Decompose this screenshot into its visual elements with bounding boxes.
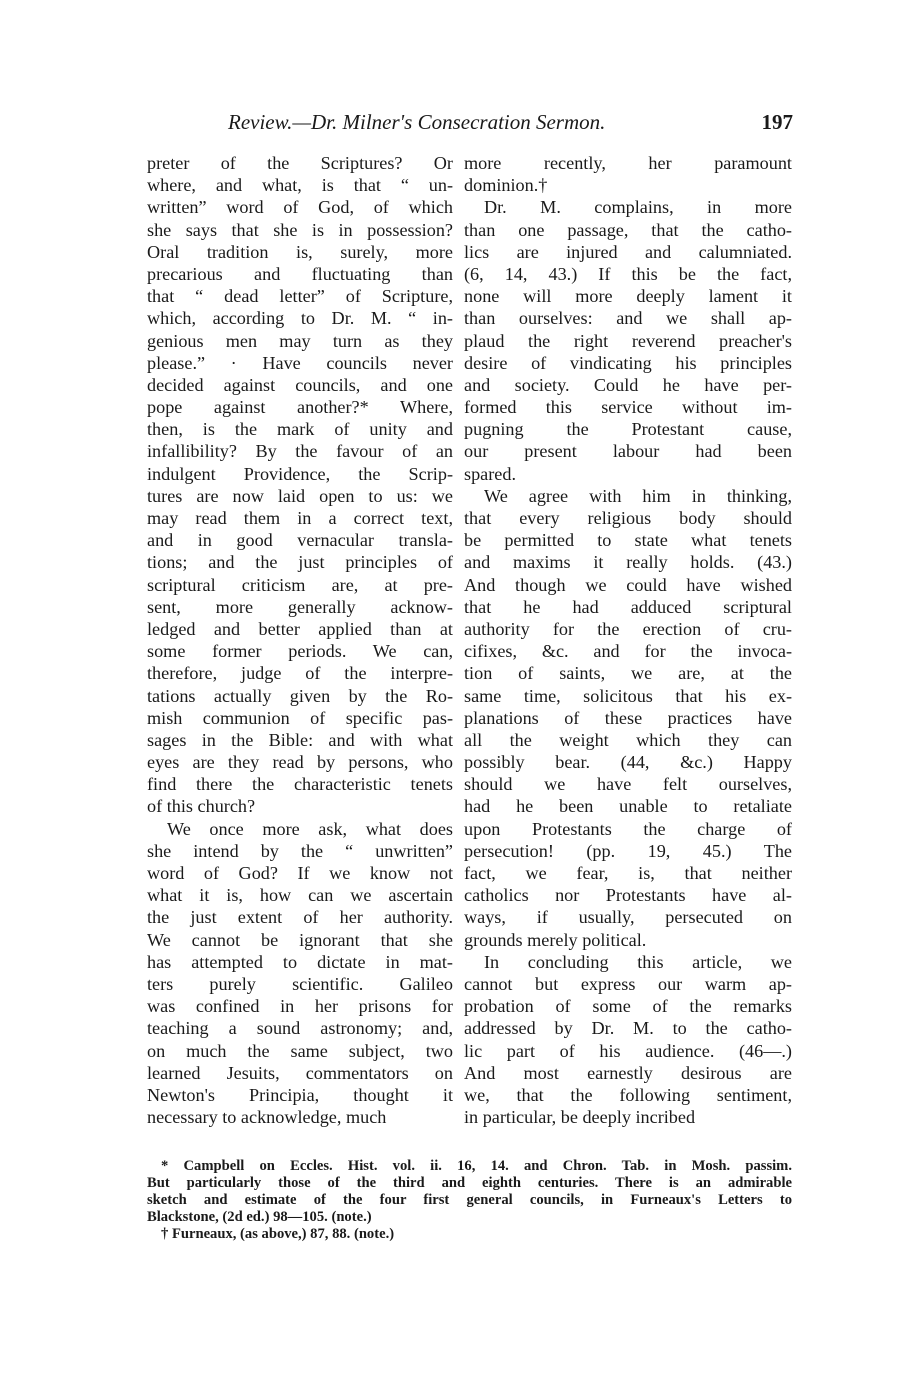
text-line: the just extent of her authority.	[147, 906, 453, 928]
text-line: what it is, how can we ascertain	[147, 884, 453, 906]
text-line: some former periods. We can,	[147, 640, 453, 662]
text-line: that every religious body should	[464, 507, 792, 529]
footnote-line: * Campbell on Eccles. Hist. vol. ii. 16,…	[147, 1158, 792, 1175]
footnote-line: Blackstone, (2d ed.) 98—105. (note.)	[147, 1209, 792, 1226]
text-line: eyes are they read by persons, who	[147, 751, 453, 773]
text-line: then, is the mark of unity and	[147, 418, 453, 440]
text-line: grounds merely political.	[464, 929, 792, 951]
text-line: tations actually given by the Ro-	[147, 685, 453, 707]
text-line: tions; and the just principles of	[147, 551, 453, 573]
right-column: more recently, her paramountdominion.†Dr…	[464, 152, 792, 1128]
text-line: possibly bear. (44, &c.) Happy	[464, 751, 792, 773]
text-line: please.” · Have councils never	[147, 352, 453, 374]
footnotes: * Campbell on Eccles. Hist. vol. ii. 16,…	[147, 1158, 792, 1243]
text-line: precarious and fluctuating than	[147, 263, 453, 285]
text-line: teaching a sound astronomy; and,	[147, 1017, 453, 1039]
text-line: we, that the following sentiment,	[464, 1084, 792, 1106]
text-line: genious men may turn as they	[147, 330, 453, 352]
text-line: and maxims it really holds. (43.)	[464, 551, 792, 573]
text-line: word of God? If we know not	[147, 862, 453, 884]
text-line: indulgent Providence, the Scrip-	[147, 463, 453, 485]
text-line: necessary to acknowledge, much	[147, 1106, 453, 1128]
text-line: upon Protestants the charge of	[464, 818, 792, 840]
text-line: desire of vindicating his principles	[464, 352, 792, 374]
running-header: Review.—Dr. Milner's Consecration Sermon…	[228, 110, 793, 140]
text-line: fact, we fear, is, that neither	[464, 862, 792, 884]
text-line: more recently, her paramount	[464, 152, 792, 174]
text-line: scriptural criticism are, at pre-	[147, 574, 453, 596]
text-line: addressed by Dr. M. to the catho-	[464, 1017, 792, 1039]
text-line: pugning the Protestant cause,	[464, 418, 792, 440]
text-line: In concluding this article, we	[464, 951, 792, 973]
text-line: Oral tradition is, surely, more	[147, 241, 453, 263]
text-line: than ourselves: and we shall ap-	[464, 307, 792, 329]
text-line: infallibility? By the favour of an	[147, 440, 453, 462]
text-line: mish communion of specific pas-	[147, 707, 453, 729]
text-line: and in good vernacular transla-	[147, 529, 453, 551]
left-column: preter of the Scriptures? Orwhere, and w…	[147, 152, 453, 1128]
text-line: spared.	[464, 463, 792, 485]
text-line: probation of some of the remarks	[464, 995, 792, 1017]
text-line: on much the same subject, two	[147, 1040, 453, 1062]
text-line: tion of saints, we are, at the	[464, 662, 792, 684]
text-line: dominion.†	[464, 174, 792, 196]
running-title: Review.—Dr. Milner's Consecration Sermon…	[228, 110, 605, 135]
text-line: plaud the right reverend preacher's	[464, 330, 792, 352]
text-line: We agree with him in thinking,	[464, 485, 792, 507]
text-line: ledged and better applied than at	[147, 618, 453, 640]
text-line: our present labour had been	[464, 440, 792, 462]
text-line: had he been unable to retaliate	[464, 795, 792, 817]
text-line: decided against councils, and one	[147, 374, 453, 396]
footnote-line: sketch and estimate of the four first ge…	[147, 1192, 792, 1209]
text-line: tures are now laid open to us: we	[147, 485, 453, 507]
text-line: which, according to Dr. M. “ in-	[147, 307, 453, 329]
text-line: And most earnestly desirous are	[464, 1062, 792, 1084]
text-line: sent, more generally acknow-	[147, 596, 453, 618]
text-line: persecution! (pp. 19, 45.) The	[464, 840, 792, 862]
text-line: written” word of God, of which	[147, 196, 453, 218]
text-line: all the weight which they can	[464, 729, 792, 751]
text-line: was confined in her prisons for	[147, 995, 453, 1017]
text-line: may read them in a correct text,	[147, 507, 453, 529]
text-line: Dr. M. complains, in more	[464, 196, 792, 218]
text-line: and society. Could he have per-	[464, 374, 792, 396]
text-line: none will more deeply lament it	[464, 285, 792, 307]
footnote-line: † Furneaux, (as above,) 87, 88. (note.)	[147, 1226, 792, 1243]
text-line: be permitted to state what tenets	[464, 529, 792, 551]
text-line: planations of these practices have	[464, 707, 792, 729]
text-line: (6, 14, 43.) If this be the fact,	[464, 263, 792, 285]
text-line: pope against another?* Where,	[147, 396, 453, 418]
text-line: she says that she is in possession?	[147, 219, 453, 241]
text-line: cifixes, &c. and for the invoca-	[464, 640, 792, 662]
text-line: learned Jesuits, commentators on	[147, 1062, 453, 1084]
text-line: cannot but express our warm ap-	[464, 973, 792, 995]
text-line: Newton's Principia, thought it	[147, 1084, 453, 1106]
text-line: sages in the Bible: and with what	[147, 729, 453, 751]
text-line: where, and what, is that “ un-	[147, 174, 453, 196]
text-line: than one passage, that the catho-	[464, 219, 792, 241]
footnote-line: But particularly those of the third and …	[147, 1175, 792, 1192]
text-line: therefore, judge of the interpre-	[147, 662, 453, 684]
text-line: of this church?	[147, 795, 453, 817]
page-number: 197	[762, 110, 794, 135]
text-line: ters purely scientific. Galileo	[147, 973, 453, 995]
text-line: catholics nor Protestants have al-	[464, 884, 792, 906]
text-line: preter of the Scriptures? Or	[147, 152, 453, 174]
text-line: lic part of his audience. (46—.)	[464, 1040, 792, 1062]
text-line: should we have felt ourselves,	[464, 773, 792, 795]
text-line: that “ dead letter” of Scripture,	[147, 285, 453, 307]
text-line: has attempted to dictate in mat-	[147, 951, 453, 973]
text-line: And though we could have wished	[464, 574, 792, 596]
text-line: authority for the erection of cru-	[464, 618, 792, 640]
text-line: that he had adduced scriptural	[464, 596, 792, 618]
text-line: she intend by the “ unwritten”	[147, 840, 453, 862]
text-line: We once more ask, what does	[147, 818, 453, 840]
text-line: formed this service without im-	[464, 396, 792, 418]
text-line: same time, solicitous that his ex-	[464, 685, 792, 707]
text-line: in particular, be deeply incribed	[464, 1106, 792, 1128]
text-line: ways, if usually, persecuted on	[464, 906, 792, 928]
text-line: We cannot be ignorant that she	[147, 929, 453, 951]
text-line: find there the characteristic tenets	[147, 773, 453, 795]
text-line: lics are injured and calumniated.	[464, 241, 792, 263]
